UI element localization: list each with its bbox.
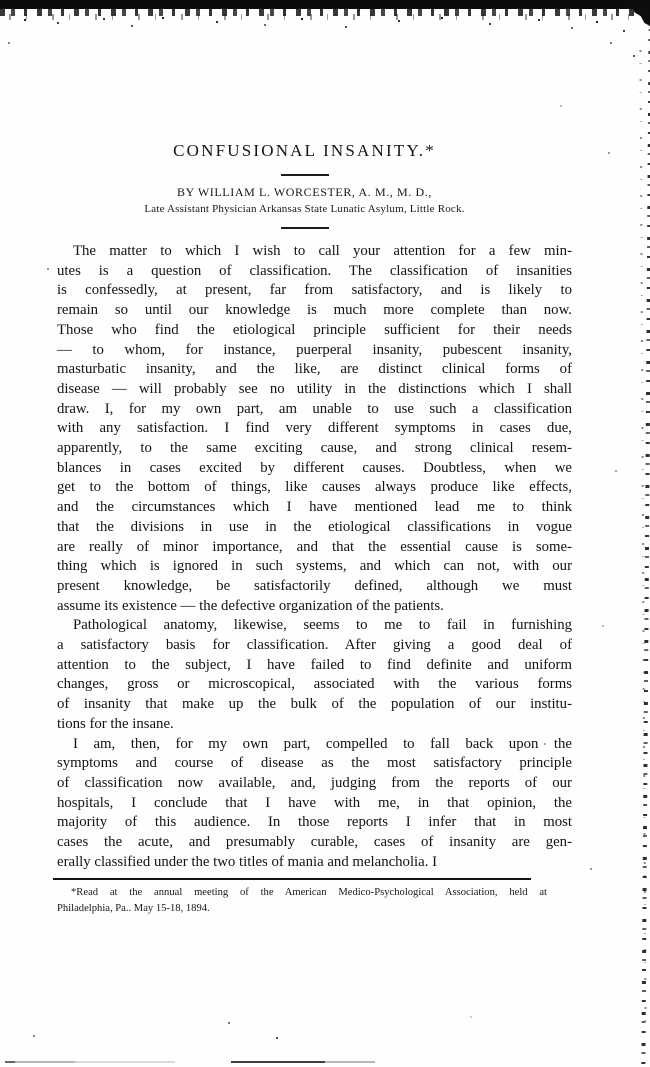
bottom-edge-scan-artifact bbox=[5, 1061, 403, 1063]
body-line: tions for the insane. bbox=[57, 715, 572, 735]
body-line: I am, then, for my own part, compelled t… bbox=[57, 735, 572, 755]
body-line: a satisfactory basis for classification.… bbox=[57, 636, 572, 656]
paragraph: Pathological anatomy, likewise, seems to… bbox=[57, 616, 572, 734]
body-line: of classification now available, and, ju… bbox=[57, 774, 572, 794]
body-line: attention to the subject, I have failed … bbox=[57, 656, 572, 676]
right-edge-scan-artifact bbox=[639, 20, 650, 1067]
body-line: erally classified under the two titles o… bbox=[57, 853, 572, 873]
paragraph: I am, then, for my own part, compelled t… bbox=[57, 735, 572, 873]
body-line: thing which is ignored in such systems, … bbox=[57, 557, 572, 577]
footnote: *Read at the annual meeting of the Ameri… bbox=[57, 885, 547, 918]
body-line: masturbatic insanity, and the like, are … bbox=[57, 360, 572, 380]
body-line: of insanity that make up the bulk of the… bbox=[57, 695, 572, 715]
body-line: present knowledge, be satisfactorily def… bbox=[57, 577, 572, 597]
article-body: The matter to which I wish to call your … bbox=[57, 242, 572, 873]
body-line: draw. I, for my own part, am unable to u… bbox=[57, 400, 572, 420]
author-affiliation: Late Assistant Physician Arkansas State … bbox=[47, 203, 562, 216]
scanned-paper-page: CONFUSIONAL INSANITY.* BY WILLIAM L. WOR… bbox=[0, 0, 650, 1067]
body-line: apparently, to the same exciting cause, … bbox=[57, 439, 572, 459]
body-line: majority of this audience. In those repo… bbox=[57, 813, 572, 833]
footnote-line: Philadelphia, Pa.. May 15-18, 1894. bbox=[57, 901, 547, 918]
top-edge-speckles bbox=[0, 0, 2, 2]
body-line: symptoms and course of disease as the mo… bbox=[57, 754, 572, 774]
body-line: blances in cases excited by different ca… bbox=[57, 459, 572, 479]
article-title: CONFUSIONAL INSANITY.* bbox=[47, 141, 562, 161]
paragraph: The matter to which I wish to call your … bbox=[57, 242, 572, 616]
footnote-line: *Read at the annual meeting of the Ameri… bbox=[57, 885, 547, 902]
body-line: and the circumstances which I have menti… bbox=[57, 498, 572, 518]
title-divider-rule bbox=[281, 174, 329, 176]
body-line: with any satisfaction. I find very diffe… bbox=[57, 419, 572, 439]
body-line: — to whom, for instance, puerperal insan… bbox=[57, 341, 572, 361]
body-line: disease — will probably see no utility i… bbox=[57, 380, 572, 400]
body-line: utes is a question of classification. Th… bbox=[57, 262, 572, 282]
body-line: Pathological anatomy, likewise, seems to… bbox=[57, 616, 572, 636]
printed-content: CONFUSIONAL INSANITY.* BY WILLIAM L. WOR… bbox=[57, 0, 572, 918]
body-line: is confessedly, at present, far from sat… bbox=[57, 281, 572, 301]
body-line: cases the acute, and presumably curable,… bbox=[57, 833, 572, 853]
body-line: remain so until our knowledge is much mo… bbox=[57, 301, 572, 321]
body-line: get to the bottom of things, like causes… bbox=[57, 478, 572, 498]
footnote-divider-rule bbox=[53, 878, 531, 880]
body-line: that the divisions in use in the etiolog… bbox=[57, 518, 572, 538]
top-edge-scan-artifact bbox=[0, 0, 650, 9]
body-line: changes, gross or microscopical, associa… bbox=[57, 675, 572, 695]
body-line: assume its existence — the defective org… bbox=[57, 597, 572, 617]
body-line: The matter to which I wish to call your … bbox=[57, 242, 572, 262]
body-line: Those who find the etiological principle… bbox=[57, 321, 572, 341]
byline-divider-rule bbox=[281, 227, 329, 229]
body-line: hospitals, I conclude that I have with m… bbox=[57, 794, 572, 814]
body-line: are really of minor importance, and that… bbox=[57, 538, 572, 558]
author-byline: BY WILLIAM L. WORCESTER, A. M., M. D., bbox=[47, 185, 562, 199]
